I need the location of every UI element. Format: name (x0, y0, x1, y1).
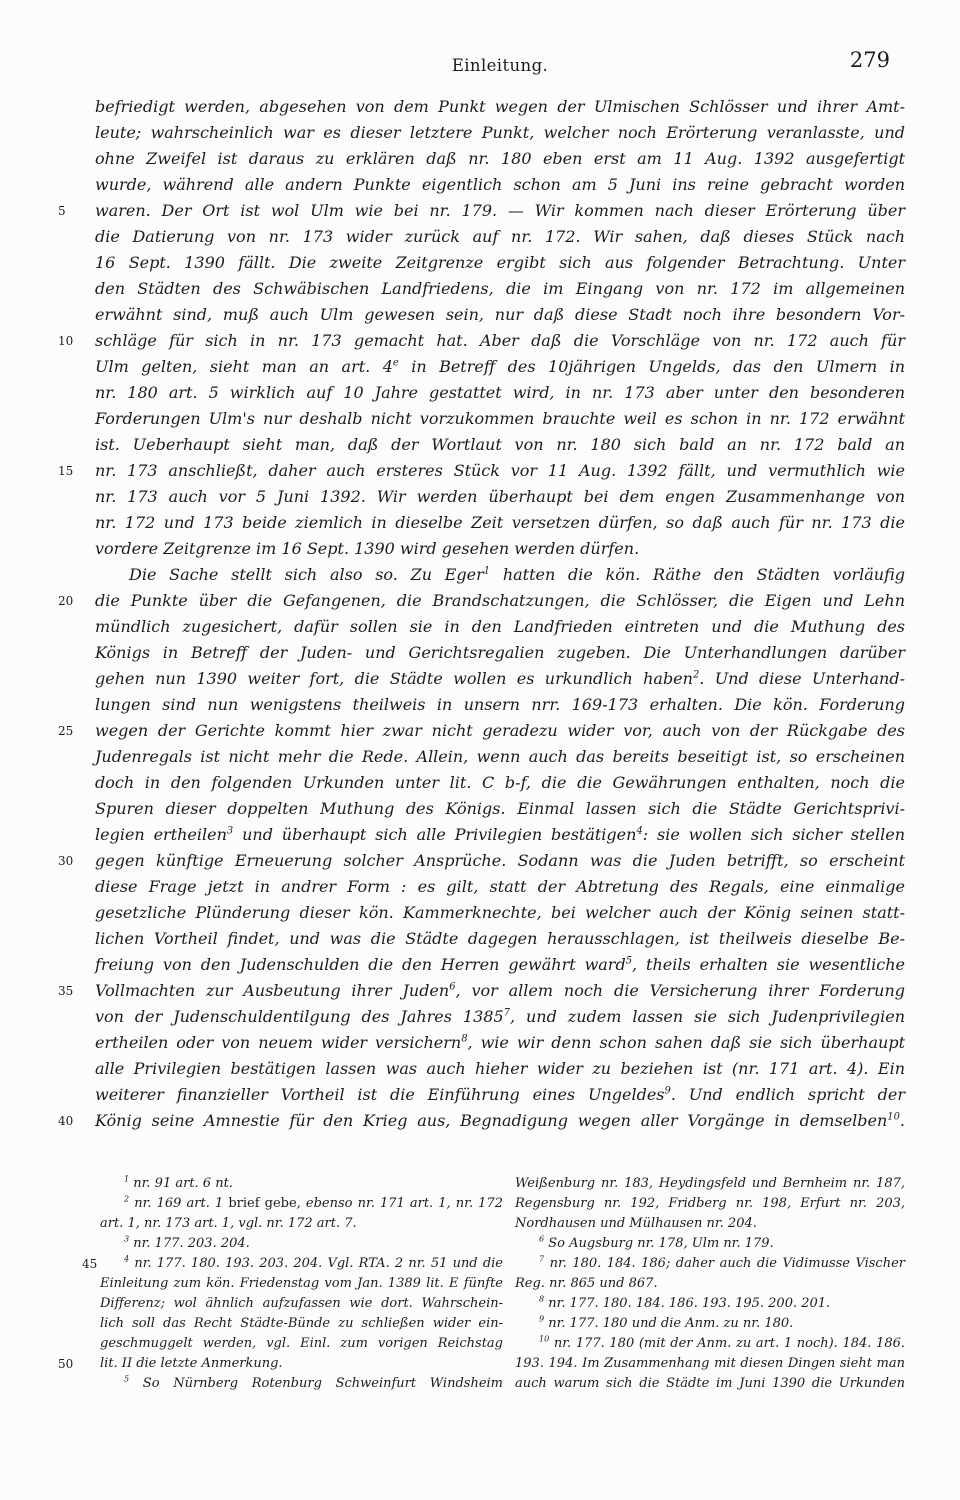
margin-line-number: 40 (58, 1108, 88, 1134)
margin-line-number: 20 (58, 588, 88, 614)
body-text-line: wurde, während alle andern Punkte eigent… (95, 172, 905, 198)
footnote-line: auch warum sich die Städte im Juni 1390 … (515, 1374, 905, 1394)
footnote-marker: 6 (539, 1235, 544, 1244)
body-text-line: 40König seine Amnestie für den Krieg aus… (95, 1108, 905, 1134)
footnote-line: 1 nr. 91 art. 6 nt. (100, 1174, 503, 1194)
body-text-line: Spuren dieser doppelten Muthung des Köni… (95, 796, 905, 822)
footnote-line: geschmuggelt werden, vgl. Einl. zum vori… (100, 1334, 503, 1354)
footnote-line: 50lit. II die letzte Anmerkung. (100, 1354, 503, 1374)
footnote-marker: 8 (539, 1295, 544, 1304)
footnote-marker: 2 (124, 1195, 129, 1204)
footnote-marker: e (393, 358, 399, 369)
footnote-line: 10 nr. 177. 180 (mit der Anm. zu art. 1 … (515, 1334, 905, 1354)
body-text-line: ertheilen oder von neuem wider versicher… (95, 1030, 905, 1056)
body-text-line: 5waren. Der Ort ist wol Ulm wie bei nr. … (95, 198, 905, 224)
footnote-line: 193. 194. Im Zusammenhang mit diesen Din… (515, 1354, 905, 1374)
body-text-line: alle Privilegien bestätigen lassen was a… (95, 1056, 905, 1082)
footnote-line: 454 nr. 177. 180. 193. 203. 204. Vgl. RT… (100, 1254, 503, 1274)
body-text-block: befriedigt werden, abgesehen von dem Pun… (95, 94, 905, 1134)
footnote-line: 9 nr. 177. 180 und die Anm. zu nr. 180. (515, 1314, 905, 1334)
body-text-line: erwähnt sind, muß auch Ulm gewesen sein,… (95, 302, 905, 328)
body-text-line: nr. 173 auch vor 5 Juni 1392. Wir werden… (95, 484, 905, 510)
margin-line-number: 10 (58, 328, 88, 354)
page-number: 279 (805, 48, 890, 72)
footnote-marker: 10 (539, 1335, 549, 1344)
footnote-marker: 7 (504, 1008, 510, 1019)
footnote-marker: 5 (626, 956, 632, 967)
footnote-marker: 3 (124, 1235, 129, 1244)
footnote-marker: 3 (227, 826, 233, 837)
body-text-line: Forderungen Ulm's nur deshalb nicht vorz… (95, 406, 905, 432)
footnote-line: 5 So Nürnberg Rotenburg Schweinfurt Wind… (100, 1374, 503, 1394)
body-text-line: weiterer finanzieller Vortheil ist die E… (95, 1082, 905, 1108)
margin-line-number: 30 (58, 848, 88, 874)
body-text-line: leute; wahrscheinlich war es dieser letz… (95, 120, 905, 146)
roman-text-span: brief gebe (228, 1196, 296, 1211)
body-text-line: 25wegen der Gerichte kommt hier zwar nic… (95, 718, 905, 744)
body-text-line: 35Vollmachten zur Ausbeutung ihrer Juden… (95, 978, 905, 1004)
body-text-line: 20die Punkte über die Gefangenen, die Br… (95, 588, 905, 614)
body-text-line: gesetzliche Plünderung dieser kön. Kamme… (95, 900, 905, 926)
body-text-line: diese Frage jetzt in andrer Form : es gi… (95, 874, 905, 900)
body-text-line: nr. 180 art. 5 wirklich auf 10 Jahre ges… (95, 380, 905, 406)
body-text-line: Ulm gelten, sieht man an art. 4e in Betr… (95, 354, 905, 380)
footnote-marker: 8 (461, 1034, 467, 1045)
footnote-marker: 6 (449, 982, 455, 993)
footnote-line: Nordhausen und Mülhausen nr. 204. (515, 1214, 905, 1234)
footnote-line: Differenz; wol ähnlich aufzufassen wie d… (100, 1294, 503, 1314)
body-text-line: den Städten des Schwäbischen Landfrieden… (95, 276, 905, 302)
body-text-line: legien ertheilen3 und überhaupt sich all… (95, 822, 905, 848)
body-text-line: Königs in Betreff der Juden- und Gericht… (95, 640, 905, 666)
body-text-line: ist. Ueberhaupt sieht man, daß der Wortl… (95, 432, 905, 458)
margin-line-number: 15 (58, 458, 88, 484)
body-text-line: vordere Zeitgrenze im 16 Sept. 1390 wird… (95, 536, 905, 562)
body-text-line: nr. 172 und 173 beide ziemlich in diesel… (95, 510, 905, 536)
footnote-line: Einleitung zum kön. Friedenstag vom Jan.… (100, 1274, 503, 1294)
footnote-marker: 7 (539, 1255, 544, 1264)
footnote-line: 2 nr. 169 art. 1 brief gebe, ebenso nr. … (100, 1194, 503, 1214)
footnotes-right-column: Weißenburg nr. 183, Heydingsfeld und Ber… (515, 1174, 905, 1394)
footnote-line: 6 So Augsburg nr. 178, Ulm nr. 179. (515, 1234, 905, 1254)
book-page: Einleitung. 279 befriedigt werden, abges… (0, 0, 960, 1500)
footnote-marker: 2 (693, 670, 699, 681)
body-text-line: freiung von den Judenschulden die den He… (95, 952, 905, 978)
body-text-line: lungen sind nun wenigstens theilweis in … (95, 692, 905, 718)
body-text-line: die Datierung von nr. 173 wider zurück a… (95, 224, 905, 250)
footnote-line: Reg. nr. 865 und 867. (515, 1274, 905, 1294)
body-text-line: von der Judenschuldentilgung des Jahres … (95, 1004, 905, 1030)
footnote-line: 3 nr. 177. 203. 204. (100, 1234, 503, 1254)
footnote-line: lich soll das Recht Städte-Bünde zu schl… (100, 1314, 503, 1334)
margin-line-number: 45 (58, 1254, 88, 1274)
footnote-marker: 9 (539, 1315, 544, 1324)
footnote-marker: 1 (124, 1175, 129, 1184)
margin-line-number: 35 (58, 978, 88, 1004)
footnote-marker: 9 (665, 1086, 671, 1097)
footnote-line: art. 1, nr. 173 art. 1, vgl. nr. 172 art… (100, 1214, 503, 1234)
footnotes-left-column: 1 nr. 91 art. 6 nt.2 nr. 169 art. 1 brie… (100, 1174, 503, 1394)
footnote-marker: 4 (636, 826, 642, 837)
body-text-line: ohne Zweifel ist daraus zu erklären daß … (95, 146, 905, 172)
body-text-line: 30gegen künftige Erneuerung solcher Ansp… (95, 848, 905, 874)
body-text-line: gehen nun 1390 weiter fort, die Städte w… (95, 666, 905, 692)
body-text-line: befriedigt werden, abgesehen von dem Pun… (95, 94, 905, 120)
footnote-line: 8 nr. 177. 180. 184. 186. 193. 195. 200.… (515, 1294, 905, 1314)
footnote-marker: 1 (484, 566, 490, 577)
margin-line-number: 5 (58, 198, 88, 224)
margin-line-number: 50 (58, 1354, 88, 1374)
body-text-line: Die Sache stellt sich also so. Zu Eger1 … (95, 562, 905, 588)
footnote-marker: 10 (887, 1112, 900, 1123)
body-text-line: 10schläge für sich in nr. 173 gemacht ha… (95, 328, 905, 354)
footnote-line: 7 nr. 180. 184. 186; daher auch die Vidi… (515, 1254, 905, 1274)
footnote-line: Weißenburg nr. 183, Heydingsfeld und Ber… (515, 1174, 905, 1194)
footnote-marker: 4 (124, 1255, 129, 1264)
footnote-marker: 5 (124, 1375, 129, 1384)
body-text-line: 16 Sept. 1390 fällt. Die zweite Zeitgren… (95, 250, 905, 276)
body-text-line: 15nr. 173 anschließt, daher auch erstere… (95, 458, 905, 484)
body-text-line: Judenregals ist nicht mehr die Rede. All… (95, 744, 905, 770)
body-text-line: mündlich zugesichert, dafür sollen sie i… (95, 614, 905, 640)
page-header-title: Einleitung. (95, 56, 905, 75)
body-text-line: doch in den folgenden Urkunden unter lit… (95, 770, 905, 796)
body-text-line: lichen Vortheil findet, und was die Städ… (95, 926, 905, 952)
margin-line-number: 25 (58, 718, 88, 744)
footnote-line: Regensburg nr. 192, Fridberg nr. 198, Er… (515, 1194, 905, 1214)
